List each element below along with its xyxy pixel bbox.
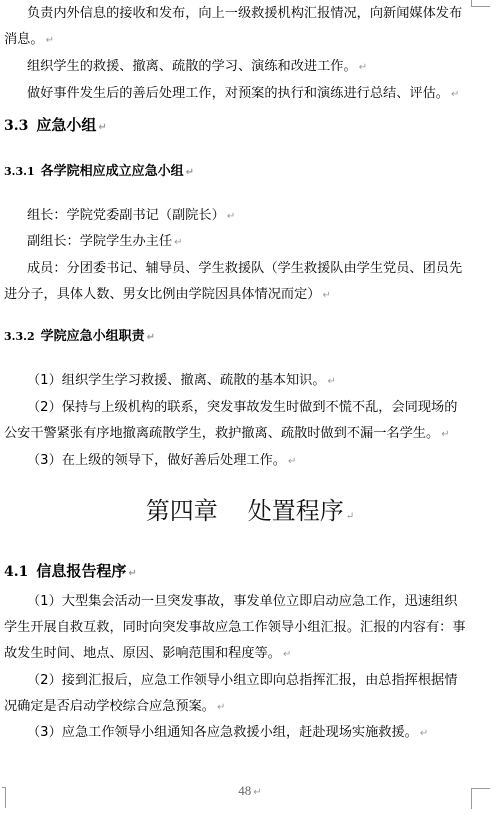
- body-line: 学生开展自救互救，同时向突发事故应急工作领导小组汇报。汇报的内容有：事: [4, 619, 466, 637]
- paragraph-mark-icon: ↵: [451, 89, 459, 100]
- section-heading-3-3: 3.3应急小组↵: [4, 115, 107, 138]
- body-line: （3）应急工作领导小组通知各应急救援小组，赶赴现场实施救援。↵: [27, 724, 428, 743]
- section-heading-4-1: 4.1信息报告程序↵: [4, 561, 137, 584]
- body-line: 做好事件发生后的善后处理工作，对预案的执行和演练进行总结、评估。↵: [27, 85, 459, 104]
- paragraph-mark-icon: ↵: [174, 237, 182, 248]
- body-line: 故发生时间、地点、原因、影响范围和程度等。↵: [4, 645, 291, 664]
- body-line: 消息。↵: [4, 31, 54, 50]
- paragraph-mark-icon: ↵: [253, 787, 261, 798]
- body-line: （3）在上级的领导下，做好善后处理工作。↵: [27, 452, 296, 471]
- paragraph-mark-icon: ↵: [283, 649, 291, 660]
- paragraph-mark-icon: ↵: [328, 376, 336, 387]
- body-line: 负责内外信息的接收和发布，向上一级救援机构汇报情况，向新闻媒体发布: [27, 5, 462, 23]
- paragraph-mark-icon: ↵: [98, 122, 106, 133]
- body-line: 进分子，具体人数、男女比例由学院因具体情况而定）↵: [4, 286, 331, 305]
- paragraph-mark-icon: ↵: [217, 702, 225, 713]
- paragraph-mark-icon: ↵: [346, 511, 354, 522]
- paragraph-mark-icon: ↵: [128, 568, 136, 579]
- paragraph-mark-icon: ↵: [441, 429, 449, 440]
- body-line: 组织学生的救援、撤离、疏散的学习、演练和改进工作。↵: [27, 58, 367, 77]
- paragraph-mark-icon: ↵: [46, 35, 54, 46]
- body-line: 况确定是否启动学校综合应急预案。↵: [4, 698, 225, 717]
- body-line: （2）接到汇报后，应急工作领导小组立即向总指挥汇报，由总指挥根据情: [27, 672, 457, 690]
- paragraph-mark-icon: ↵: [186, 167, 194, 178]
- paragraph-mark-icon: ↵: [323, 290, 331, 301]
- margin-corner-mark: [471, 788, 490, 809]
- body-line: 成员：分团委书记、辅导员、学生救援队（学生救援队由学生党员、团员先: [27, 260, 462, 278]
- paragraph-mark-icon: ↵: [147, 332, 155, 343]
- page-number: 48↵: [0, 783, 500, 799]
- chapter-heading: 第四章处置程序↵: [0, 496, 500, 532]
- paragraph-mark-icon: ↵: [420, 728, 428, 739]
- body-line: 组长：学院党委副书记（副院长）↵: [27, 207, 235, 226]
- document-page: 负责内外信息的接收和发布，向上一级救援机构汇报情况，向新闻媒体发布 消息。↵ 组…: [0, 0, 500, 815]
- margin-corner-mark: [471, 0, 490, 7]
- paragraph-mark-icon: ↵: [227, 211, 235, 222]
- body-line: （1）大型集会活动一旦突发事故，事发单位立即启动应急工作，迅速组织: [27, 593, 457, 611]
- body-line: （1）组织学生学习救援、撤离、疏散的基本知识。↵: [27, 372, 336, 391]
- subsection-heading-3-3-2: 3.3.2学院应急小组职责↵: [4, 328, 155, 347]
- body-line: 公安干警紧张有序地撤离疏散学生，救护撤离、疏散时做到不漏一名学生。↵: [4, 425, 450, 444]
- body-line: 副组长：学院学生办主任↵: [27, 233, 182, 252]
- paragraph-mark-icon: ↵: [288, 456, 296, 467]
- subsection-heading-3-3-1: 3.3.1各学院相应成立应急小组↵: [4, 163, 194, 182]
- paragraph-mark-icon: ↵: [359, 62, 367, 73]
- body-line: （2）保持与上级机构的联系，突发事故发生时做到不慌不乱，会同现场的: [27, 399, 457, 417]
